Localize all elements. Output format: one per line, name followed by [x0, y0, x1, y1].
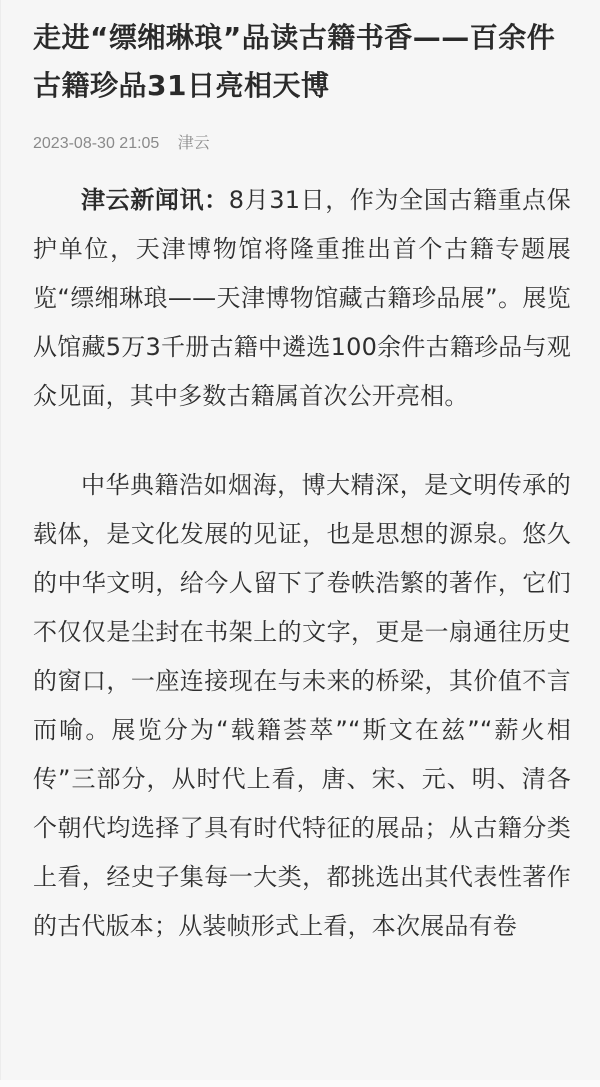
article-page[interactable]: 走进“缥缃琳琅”品读古籍书香——百余件古籍珍品31日亮相天博 2023-08-3…: [0, 0, 600, 1080]
article-source: 津云: [178, 135, 210, 152]
publish-datetime: 2023-08-30 21:05: [33, 135, 159, 152]
paragraph-text: 8月31日，作为全国古籍重点保护单位，天津博物馆将隆重推出首个古籍专题展览“缥缃…: [33, 186, 571, 410]
article-body: 走进“缥缃琳琅”品读古籍书香——百余件古籍珍品31日亮相天博 2023-08-3…: [1, 14, 600, 951]
article-paragraph: 中华典籍浩如烟海，博大精深，是文明传承的载体，是文化发展的见证，也是思想的源泉。…: [33, 461, 571, 951]
bottom-edge: [0, 1080, 600, 1087]
article-meta: 2023-08-30 21:05 津云: [33, 132, 571, 156]
paragraph-text: 中华典籍浩如烟海，博大精深，是文明传承的载体，是文化发展的见证，也是思想的源泉。…: [33, 471, 571, 940]
news-lead: 津云新闻讯：: [81, 186, 229, 214]
article-paragraph: 津云新闻讯：8月31日，作为全国古籍重点保护单位，天津博物馆将隆重推出首个古籍专…: [33, 176, 571, 421]
article-title: 走进“缥缃琳琅”品读古籍书香——百余件古籍珍品31日亮相天博: [33, 14, 571, 110]
